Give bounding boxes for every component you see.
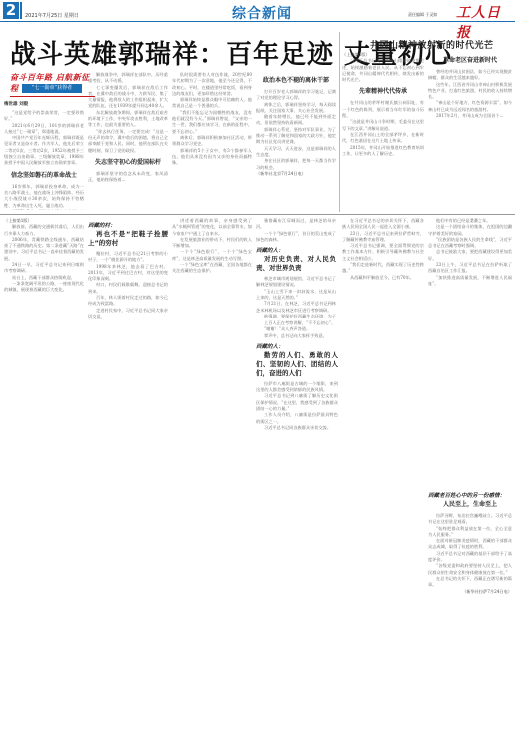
paragraph: “加快推进高质量发展，不断增进人民福祉”。 xyxy=(428,275,512,288)
paragraph: “神山是个好地方，红色资源丰富”，如今神山村已成为远近闻名的旅游村。 xyxy=(428,100,512,113)
page-number-divider xyxy=(20,2,22,19)
paragraph: 一个个“绿色银行”，一个个“绿色宝库”，这是林芝高质量发展的生动写照。 xyxy=(172,249,252,262)
right-story-title: 井冈山精神放射新的时代光芒 xyxy=(370,38,494,51)
paragraph: 在井冈山的茅坪村谢氏慎公祠旧址，有一个红色的陈列，展示着当年红军的奋斗历程。 xyxy=(342,100,424,119)
paragraph: 郭瑞祥坚守的信念从未改变，家风清正，他始终保持着... xyxy=(88,171,168,184)
tibet-column-5: 上百人正在考察讲解，“不不忘初心”。 “谢谢！”众人齐声答道。 掌声中，总书记向… xyxy=(256,320,338,746)
paragraph: 这是一个团结奋斗的集体，在祖国的边疆守护着美好的家园。 xyxy=(428,224,512,237)
paragraph: “这是党给予的崇高荣誉，一定要珍惜好。” xyxy=(4,110,84,123)
paragraph: 习近平总书记强调，要全面贯彻党的宗教工作基本方针，积极引导藏传佛教与社会主义社会… xyxy=(342,243,424,262)
paragraph: 一条条宽阔平坦的公路，一座座现代化的城镇，展现着西藏的巨大变化。 xyxy=(4,281,84,294)
lead-subhead-3: 政治本色不褪的离休干部 xyxy=(256,76,336,85)
lead-column-1: “这是党给予的崇高荣誉，一定要珍惜好。” 2021年6月29日，101岁的郭瑞祥… xyxy=(4,110,84,210)
paragraph: 身在社区的郭瑞祥，把每一天都当作学习的机会。 xyxy=(256,158,336,171)
paragraph: 解放前，西藏的交通极其落后，人们出行多靠人力畜力。 xyxy=(4,224,84,237)
paragraph: 解放战争中，郭瑞祥在部队中，历经重重考验，从不动摇。 xyxy=(88,72,168,85)
paragraph: 习近平总书记到八廓街了解历史文化街区保护情况。“在这里，我感受到了各族群众团结一… xyxy=(256,393,338,412)
tibet-subhead-a: 再也不是“把鞋子拴腰上”的穷村 xyxy=(88,230,168,248)
series-badge: “七一勋章”获得者 xyxy=(22,84,82,93)
paragraph: 工作人员介绍，八廓街是拉萨最具特色的街区之一。 xyxy=(256,412,338,425)
tibet-source: （新华社拉萨7月24日电） xyxy=(428,589,512,595)
paragraph: 2017年2月，井冈山成为全国首个... xyxy=(428,113,512,119)
paragraph: 掌声中，总书记向大家挥手致意。 xyxy=(256,333,338,339)
paragraph: 在面对新冠肺炎疫情时，西藏的干部群众众志成城，取得了抗疫的胜利。 xyxy=(428,538,512,551)
paragraph: “这就是井冈山斗争时期，毛委员在这里写下的文章。”讲解员说道。 xyxy=(342,119,424,132)
paragraph: “我们走进新时代，西藏实现了历史性跨越。” xyxy=(342,262,424,275)
tibet-column-4: 雅鲁藏布江穿城而过，是林芝的母亲河。 一个个“绿色银行”，昔日的荒山变成了绿色的… xyxy=(256,218,336,318)
paragraph: 2006年，青藏铁路全线通车，西藏结束了不通铁路的历史。第二条进藏“天路”在建设… xyxy=(4,237,84,262)
lead-column-2: 解放战争中，郭瑞祥在部队中，历经重重考验，从不动摇。 七七事变爆发后，郭瑞祥在敌… xyxy=(88,72,168,210)
right-subhead-2: 革命老区奋进新时代 xyxy=(428,56,512,65)
paragraph: 2021年6月29日，101岁的郭瑞祥老人接过“七一勋章”，郑重地说。 xyxy=(4,123,84,136)
tibet-subhead-a-kicker: 西藏的村： xyxy=(88,222,168,230)
paragraph: 在习近平总书记的亲切关怀下，西藏各族人民同全国人民一起进入全面小康。 xyxy=(342,218,424,231)
paragraph: 他强调，要保护好西藏生态环境，为子孙后代留下美丽家园。 xyxy=(256,314,336,318)
paragraph: 队时很需要有人对伍作战，20世纪80年代初期为了一次驻地，他至今还记得，不改初心… xyxy=(172,72,252,97)
paragraph: 24日一早，习近平总书记来到日喀则市考察调研。 xyxy=(4,262,84,275)
paragraph: 一个个“绿色银行”，昔日的荒山变成了绿色的森林。 xyxy=(256,231,336,244)
responsible-editor: 责任编辑 于灵如 xyxy=(408,12,437,18)
paragraph: “各级党委和政府要坚持人民至上，把人民群众的生命安全和身体健康放在第一位。” xyxy=(428,563,512,576)
paragraph: 随着年龄增长，他已经不能到外面走动，但依然坚持收看新闻。 xyxy=(256,114,336,127)
paragraph: 东北解放战争期间，郭瑞祥在敌后艰苦的环境下工作，中央军攻击胜利，土地改革等工作，… xyxy=(88,110,168,129)
paragraph: 从西藏和平解放至今，已有70年。 xyxy=(342,275,424,281)
tibet-column-1: （上接第1版） 解放前，西藏的交通极其落后，人们出行多靠人力畜力。 2006年，… xyxy=(4,218,84,746)
paragraph: “玉山上雪下来一汩汩流水，这是从山上来的，这是天然的。” xyxy=(256,289,336,302)
masthead: 2 2021年7月25日 星期日 综合新闻 责任编辑 于灵如 工人日报 xyxy=(0,0,515,22)
tibet-column-6: 在习近平总书记的亲切关怀下，西藏各族人民同全国人民一起进入全面小康。 23日，习… xyxy=(342,218,424,746)
tibet-subhead-b-kicker: 西藏的人： xyxy=(256,247,336,255)
lead-column-4: 政治本色不褪的离休干部 打开百岁老人郭瑞祥的学习笔记，记满了对党的理论学习心得。… xyxy=(256,72,336,210)
paragraph: 23日，习近平总书记来到拉萨哲蚌寺，了解藏传佛教寺庙管理。 xyxy=(342,231,424,244)
paragraph: 在总书记的关怀下，西藏正在谱写新的篇章。 xyxy=(428,576,512,589)
paragraph: “始终把群众利益放在第一位，全心全意为人民服务。” xyxy=(428,526,512,539)
paragraph: 郭瑞祥始终是群众眼中可信赖的人，他常说自己是一个普通的兵。 xyxy=(172,97,252,110)
tibet-subhead-d-kicker: 西藏老百姓心中的另一份感情： xyxy=(428,492,512,500)
paragraph: 总书记鼓励大家，要把西藏建设得更加美好。 xyxy=(428,249,512,262)
paragraph: 七七事变爆发后，郭瑞祥在敌后工作者，在冀中敌后的战斗中，力救军民，集了大量情报，… xyxy=(88,85,168,110)
paragraph: 村口，村民们载歌载舞，迎接总书记的到来。 xyxy=(88,282,168,295)
paragraph: 拉萨市八廓街是古城的一个缩影，来到这里的人都会感受到浓郁的民族风情。 xyxy=(256,381,338,394)
paragraph: “民族团结是各族人民的生命线”，习近平总书记在西藏考察时强调。 xyxy=(428,237,512,250)
paragraph: 郭瑞祥心系党，坚持对军队事业，为了推动一系列了解党和国家的大政方针，他定期为社区… xyxy=(256,127,336,146)
paragraph: 讲述着西藏的故事，亲身感受到了从“水桶到管道”的变化，以前全靠背水，如今家家户户… xyxy=(172,218,252,237)
paragraph: 百年，林人领着村民走过的路，如今已经成为致富路。 xyxy=(88,295,168,308)
paragraph: 嘎拉村，习近平总书记21日考察的小村子，一个“桃花源开的地方”。 xyxy=(88,251,168,264)
paragraph: 林芝市城市规划展馆，习近平总书记了解林芝规划建设情况。 xyxy=(256,276,336,289)
paragraph: 习近平总书记同各族群众亲切交流。 xyxy=(256,425,338,431)
tibet-subhead-b: 对历史负责、对人民负责、对世界负责 xyxy=(256,255,336,273)
paragraph: 离休之后，郭瑞祥坚持学习，每天阅读报纸，关注国家大事，关心社会发展。 xyxy=(256,102,336,115)
right-column-2: 革命老区奋进新时代 曾经的井冈山贫困县，如今已经实现脱贫摘帽，群众的生活越来越好… xyxy=(428,52,512,212)
tibet-column-2: 西藏的村： 再也不是“把鞋子拴腰上”的穷村 嘎拉村，习近平总书记21日考察的小村… xyxy=(88,218,168,746)
issue-date: 2021年7月25日 星期日 xyxy=(25,12,79,19)
paragraph: 1937年5月，郭瑞祥在延安中光荣加入中国共产党。 xyxy=(4,209,84,210)
right-column-1: （上接第1版） 习近平总书记关于井冈山精神的重要论述，始终激励着老区人民。从不忘… xyxy=(342,52,424,212)
paragraph: 习近平总书记关于井冈山精神的重要论述，始终激励着老区人民。从不忘初心到牢记使命，… xyxy=(342,58,424,83)
paragraph: 在江西井冈山上的全部茅坪乡，在新时代，红色基因在这片土地上传承。 xyxy=(342,132,424,145)
paragraph: 一个“绿色宝库”在西藏，全国各地都在关注西藏的生态保护。 xyxy=(172,262,252,275)
paragraph: 雅鲁藏布江穿城而过，是林芝的母亲河。 xyxy=(256,218,336,231)
paragraph: 走进村民家中，习近平总书记同大家亲切交谈。 xyxy=(88,308,168,321)
section-title: 综合新闻 xyxy=(232,3,292,23)
tibet-column-3: 讲述着西藏的故事，亲身感受到了从“水桶到管道”的变化，以前全靠背水，如今家家户户… xyxy=(172,218,252,746)
paragraph: 这些年，江西省井冈山市神山村积极发展特色产业，打造红色旅游，村民的收入持续增长。 xyxy=(428,82,512,101)
newspaper-logo: 工人日报 xyxy=(456,2,515,42)
byline: 梅世雄 刘毅 xyxy=(4,101,28,107)
tibet-subhead-c-kicker: 西藏的人： xyxy=(256,343,338,351)
lead-subhead-1: 信念坚如磐石的革命战士 xyxy=(4,171,84,180)
lead-column-3: 队时很需要有人对伍作战，20世纪80年代初期为了一次驻地，他至今还记得，不改初心… xyxy=(172,72,252,210)
lead-subhead-2: 失志坚守初心的爱国标杆 xyxy=(88,158,168,167)
paragraph: 离休后，郭瑞祥积极参加社区活动，带领群众学习党史。 xyxy=(172,135,252,148)
lead-source: （新华社北京7月24日电） xyxy=(256,171,336,177)
paragraph: 中国共产党百年光辉历程，郭瑞祥既是见证者又是奋斗者。作为军人，他先后荣立二等功1… xyxy=(4,135,84,166)
paragraph: “你去执行任务，一定要完成！”这是一份无声的命令，冀中敌后的困境，将自己全部奉献… xyxy=(88,129,168,154)
paragraph: 天天学习，天天进步，这是郭瑞祥的人生态度。 xyxy=(256,146,336,159)
paragraph: “我们不能忘记为国牺牲的战友，没有他们就没有今天。”郭瑞祥曾说，“父亲的一生一世… xyxy=(172,110,252,135)
paragraph: 7月21日，在林芝，习近平总书记到林芝米林机场以及林芝市区进行考察调研。 xyxy=(256,301,336,314)
paragraph: 1998年来林芝，他去看了巴吉村。2011年，习近平到过巴吉村，对这里的变化印象… xyxy=(88,264,168,283)
paragraph: 曾经的井冈山贫困县，如今已经实现脱贫摘帽，群众的生活越来越好。 xyxy=(428,69,512,82)
paragraph: 2015年，井冈山开始推进红色教育培训工作，让更多的人了解历史。 xyxy=(342,145,424,158)
tibet-column-8: 西藏老百姓心中的另一份感情： 人民至上，生命至上 拉萨河畔，布达拉宫巍峨耸立。习… xyxy=(428,488,512,746)
page-number: 2 xyxy=(3,2,19,19)
right-subhead-1: 先辈精神代代传承 xyxy=(342,87,424,96)
tibet-subhead-d: 人民至上，生命至上 xyxy=(428,500,512,509)
paragraph: 在发展旅游业的带动下，村民们的收入不断增加。 xyxy=(172,237,252,250)
paragraph: 打开百岁老人郭瑞祥的学习笔记，记满了对党的理论学习心得。 xyxy=(256,89,336,102)
paragraph: 郭瑞祥的5个子女中，有3个都参军入伍，他们从来没有因为父亲的身份而搞特殊。 xyxy=(172,148,252,167)
paragraph: 习近平总书记对西藏的基层干部给予了高度评价。 xyxy=(428,551,512,564)
paragraph: 23日上午，习近平总书记在拉萨听取了西藏自治区工作汇报。 xyxy=(428,262,512,275)
column-divider xyxy=(339,32,340,212)
paragraph: 16岁那年，郭瑞祥投身革命，成为一名八路军战士。他在战场上冲锋陷阵，经历大小战役… xyxy=(4,184,84,209)
paragraph: 拉萨河畔，布达拉宫巍峨耸立。习近平总书记在这里驻足观看。 xyxy=(428,513,512,526)
section-divider xyxy=(0,214,515,215)
tibet-column-7: 他们中有的已经是耄耋之年。 这是一个团结奋斗的集体，在祖国的边疆守护着美好的家园… xyxy=(428,218,512,488)
tibet-subhead-c: 勤劳的人们、勇敢的人们、坚韧的人们、团结的人们，奋进的人们 xyxy=(256,351,338,378)
